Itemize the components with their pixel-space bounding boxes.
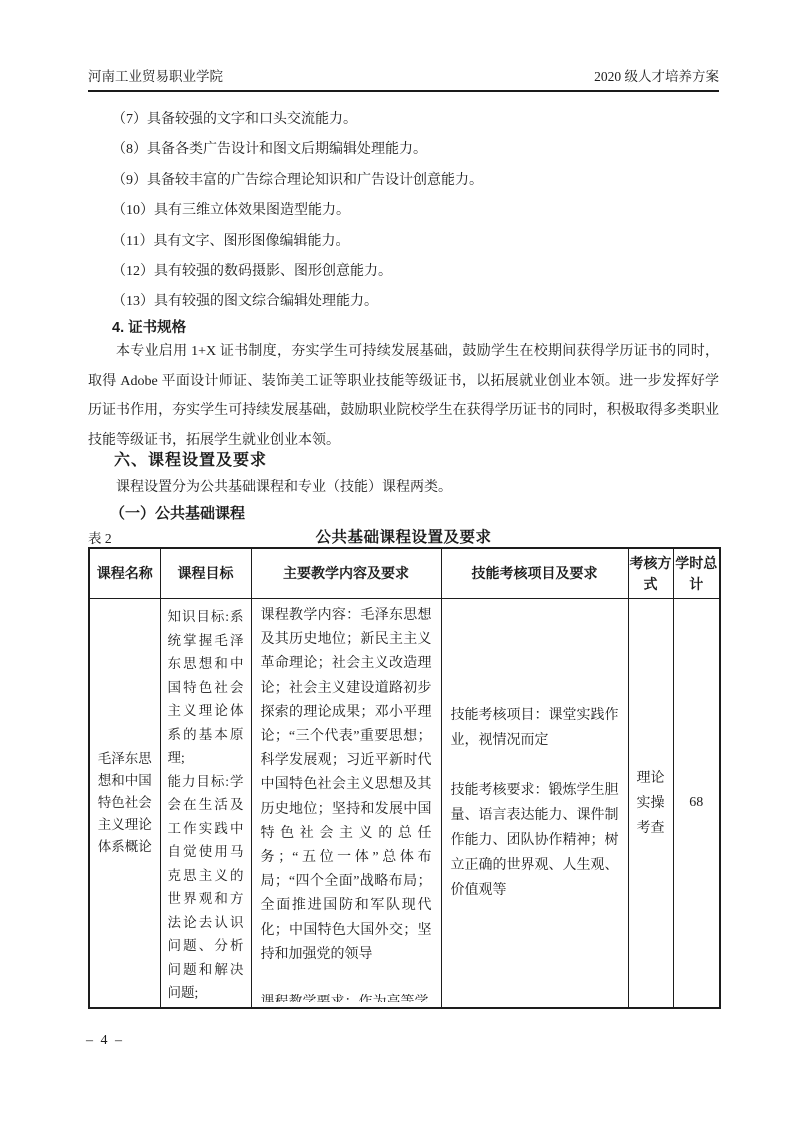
ability-item: （13）具有较强的图文综合编辑处理能力。 [88,287,719,317]
document-page: 河南工业贸易职业学院 2020 级人才培养方案 （7）具备较强的文字和口头交流能… [0,0,793,1122]
header-program-title: 2020 级人才培养方案 [594,68,719,85]
table-header-row: 课程名称 课程目标 主要教学内容及要求 技能考核项目及要求 考核方式 学时总计 [89,548,720,599]
ability-item: （7）具备较强的文字和口头交流能力。 [88,105,719,135]
course-objectives-cell: 知识目标:系统掌握毛泽东思想和中国特色社会主义理论体系的基本原理; 能力目标:学… [160,599,251,1009]
column-header-objectives: 课程目标 [160,548,251,599]
public-courses-subheading: （一）公共基础课程 [88,503,741,524]
column-header-teaching-content: 主要教学内容及要求 [251,548,441,599]
column-header-course-name: 课程名称 [89,548,160,599]
ability-item: （12）具有较强的数码摄影、图形创意能力。 [88,257,719,287]
ability-list: （7）具备较强的文字和口头交流能力。 （8）具备各类广告设计和图文后期编辑处理能… [88,105,719,318]
ability-item: （11）具有文字、图形图像编辑能力。 [88,227,719,257]
ability-item: （8）具备各类广告设计和图文后期编辑处理能力。 [88,135,719,165]
table-row: 毛泽东思想和中国特色社会主义理论体系概论 知识目标:系统掌握毛泽东思想和中国特色… [89,599,720,1009]
course-section-heading: 六、课程设置及要求 [88,450,745,472]
course-name-cell: 毛泽东思想和中国特色社会主义理论体系概论 [89,599,160,1009]
column-header-assessment-method: 考核方式 [628,548,673,599]
column-header-skill-assessment: 技能考核项目及要求 [441,548,628,599]
table-caption: 表 2 公共基础课程设置及要求 [88,528,719,548]
certificate-heading: 4. 证书规格 [88,318,743,338]
table-title: 公共基础课程设置及要求 [88,528,719,548]
assessment-method-cell: 理论实操考查 [628,599,673,1009]
page-number: – 4 – [86,1033,124,1049]
page-header: 河南工业贸易职业学院 2020 级人才培养方案 [88,68,719,92]
course-section-intro: 课程设置分为公共基础课程和专业（技能）课程两类。 [88,475,719,501]
course-table: 课程名称 课程目标 主要教学内容及要求 技能考核项目及要求 考核方式 学时总计 … [88,547,721,1009]
total-hours-cell: 68 [673,599,720,1009]
header-school-name: 河南工业贸易职业学院 [88,68,223,85]
teaching-content-cell: 课程教学内容：毛泽东思想及其历史地位；新民主主义革命理论；社会主义改造理论；社会… [251,599,441,1009]
skill-assessment-cell: 技能考核项目：课堂实践作业，视情况而定 技能考核要求：锻炼学生胆量、语言表达能力… [441,599,628,1009]
ability-item: （9）具备较丰富的广告综合理论知识和广告设计创意能力。 [88,166,719,196]
column-header-total-hours: 学时总计 [673,548,720,599]
ability-item: （10）具有三维立体效果图造型能力。 [88,196,719,226]
certificate-paragraph: 本专业启用 1+X 证书制度，夯实学生可持续发展基础，鼓励学生在校期间获得学历证… [88,337,719,455]
